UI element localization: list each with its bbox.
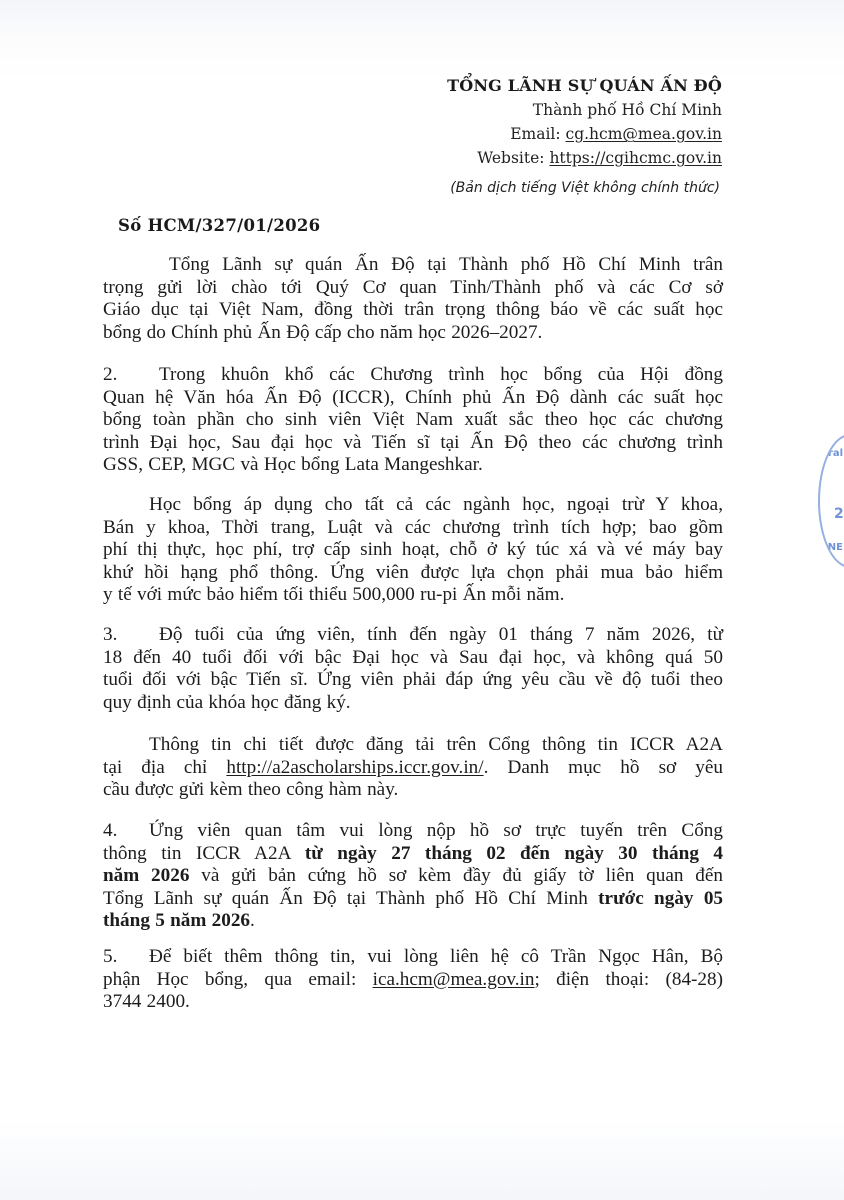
- scholarship-email-link[interactable]: ica.hcm@mea.gov.in: [373, 969, 535, 990]
- text-line: tại địa chỉ http://a2ascholarships.iccr.…: [103, 757, 723, 780]
- text-line: trình Đại học, Sau đại học và Tiến sĩ tạ…: [103, 432, 723, 455]
- paragraph-intro: Tổng Lãnh sự quán Ấn Độ tại Thành phố Hồ…: [103, 254, 723, 344]
- letterhead-website-line: Website: https://cgihcmc.gov.in: [447, 146, 722, 170]
- text-line: 3.Độ tuổi của ứng viên, tính đến ngày 01…: [103, 624, 723, 647]
- letterhead-email-line: Email: cg.hcm@mea.gov.in: [447, 122, 722, 146]
- application-period-year: năm 2026: [103, 865, 189, 886]
- text-line: 2.Trong khuôn khổ các Chương trình học b…: [103, 364, 723, 387]
- text-line: 18 đến 40 tuổi đối với bậc Đại học và Sa…: [103, 647, 723, 670]
- text-line: 5.Để biết thêm thông tin, vui lòng liên …: [103, 946, 723, 969]
- text-line: phí thị thực, học phí, trợ cấp sinh hoạt…: [103, 539, 723, 562]
- stamp-text: ral: [828, 448, 843, 459]
- text-line: Thông tin chi tiết được đăng tải trên Cổ…: [103, 734, 723, 757]
- text-line: tuổi đối với bậc Tiến sĩ. Ứng viên phải …: [103, 669, 723, 692]
- paragraph-2-benefits: Học bổng áp dụng cho tất cả các ngành họ…: [103, 494, 723, 607]
- paragraph-number: 4.: [103, 820, 149, 843]
- text-line: phận Học bổng, qua email: ica.hcm@mea.go…: [103, 969, 723, 992]
- text-line: cầu được gửi kèm theo công hàm này.: [103, 779, 723, 802]
- paragraph-number: 5.: [103, 946, 149, 969]
- text-line: bổng toàn phần cho sinh viên Việt Nam xu…: [103, 409, 723, 432]
- text-line: Học bổng áp dụng cho tất cả các ngành họ…: [103, 494, 723, 517]
- text-line: bổng do Chính phủ Ấn Độ cấp cho năm học …: [103, 322, 723, 345]
- text-line: Giáo dục tại Việt Nam, đồng thời trân tr…: [103, 299, 723, 322]
- paragraph-3-details: Thông tin chi tiết được đăng tải trên Cổ…: [103, 734, 723, 802]
- text-line: 3744 2400.: [103, 991, 723, 1014]
- document-page: TỔNG LÃNH SỰ QUÁN ẤN ĐỘ Thành phố Hồ Chí…: [0, 0, 844, 1200]
- text-line: y tế với mức bảo hiểm tối thiểu 500,000 …: [103, 584, 723, 607]
- paragraph-4: 4.Ứng viên quan tâm vui lòng nộp hồ sơ t…: [103, 820, 723, 933]
- text-line: khứ hồi hạng phổ thông. Ứng viên được lự…: [103, 562, 723, 585]
- text-line: GSS, CEP, MGC và Học bổng Lata Mangeshka…: [103, 454, 723, 477]
- text-line: tháng 5 năm 2026.: [103, 910, 723, 933]
- text-line: quy định của khóa học đăng ký.: [103, 692, 723, 715]
- reference-number: Số HCM/327/01/2026: [118, 216, 320, 235]
- text-line: Bán y khoa, Thời trang, Luật và các chươ…: [103, 517, 723, 540]
- text-line: 4.Ứng viên quan tâm vui lòng nộp hồ sơ t…: [103, 820, 723, 843]
- application-period: từ ngày 27 tháng 02 đến ngày 30 tháng 4: [305, 843, 723, 864]
- paragraph-number: 3.: [103, 624, 159, 647]
- text-line: Tổng Lãnh sự quán Ấn Độ tại Thành phố Hồ…: [103, 888, 723, 911]
- iccr-a2a-portal-link[interactable]: http://a2ascholarships.iccr.gov.in/: [226, 757, 483, 778]
- paragraph-2: 2.Trong khuôn khổ các Chương trình học b…: [103, 364, 723, 477]
- consulate-email-link[interactable]: cg.hcm@mea.gov.in: [566, 125, 722, 143]
- text-line: Quan hệ Văn hóa Ấn Độ (ICCR), Chính phủ …: [103, 387, 723, 410]
- paragraph-5: 5.Để biết thêm thông tin, vui lòng liên …: [103, 946, 723, 1014]
- letterhead-city: Thành phố Hồ Chí Minh: [447, 98, 722, 122]
- text-line: thông tin ICCR A2A từ ngày 27 tháng 02 đ…: [103, 843, 723, 866]
- translation-note: (Bản dịch tiếng Việt không chính thức): [450, 180, 720, 196]
- consulate-website-link[interactable]: https://cgihcmc.gov.in: [549, 149, 722, 167]
- letterhead: TỔNG LÃNH SỰ QUÁN ẤN ĐỘ Thành phố Hồ Chí…: [447, 74, 722, 170]
- text-line: trọng gửi lời chào tới Quý Cơ quan Tỉnh/…: [103, 277, 723, 300]
- website-label: Website:: [477, 149, 549, 167]
- text-line: Tổng Lãnh sự quán Ấn Độ tại Thành phố Hồ…: [103, 254, 723, 277]
- stamp-text: 2: [834, 506, 844, 522]
- text-line: năm 2026 và gửi bản cứng hồ sơ kèm đầy đ…: [103, 865, 723, 888]
- letterhead-title: TỔNG LÃNH SỰ QUÁN ẤN ĐỘ: [447, 74, 722, 98]
- official-stamp-partial: ral 2 INE: [818, 434, 844, 568]
- hardcopy-deadline-date: tháng 5 năm 2026: [103, 910, 250, 931]
- paragraph-3: 3.Độ tuổi của ứng viên, tính đến ngày 01…: [103, 624, 723, 714]
- stamp-text: INE: [824, 542, 843, 553]
- email-label: Email:: [510, 125, 565, 143]
- hardcopy-deadline: trước ngày 05: [598, 888, 723, 909]
- paragraph-number: 2.: [103, 364, 159, 387]
